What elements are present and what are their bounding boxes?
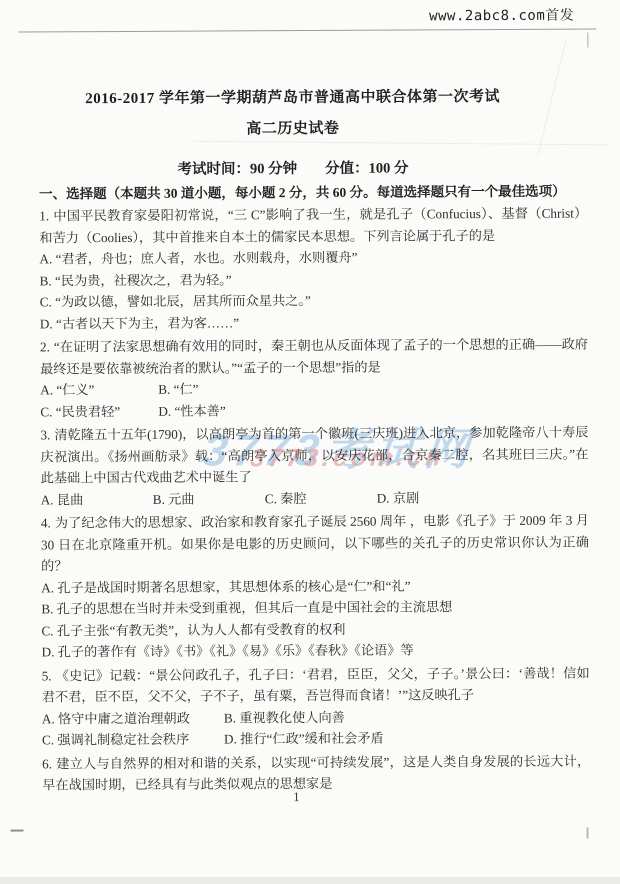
question-stem: 5.《史记》记载：“景公问政孔子，孔子曰：‘君君，臣臣，父父，子子。’景公曰：‘…	[42, 662, 590, 708]
question-number: 1.	[39, 208, 49, 223]
question-number: 4.	[41, 515, 51, 530]
question-1: 1.中国平民教育家晏阳初常说，“三 C”影响了我一生，就是孔子（Confuciu…	[39, 203, 588, 335]
option: B. 元曲	[153, 488, 265, 510]
question-text: 清乾隆五十五年(1790)，以高朗亭为首的第一个徽班(三庆班)进入北京，参加乾隆…	[40, 425, 588, 486]
option: B. “仁”	[158, 379, 198, 401]
header-rule	[18, 28, 596, 32]
exam-meta: 考试时间：90 分钟分值：100 分	[0, 156, 587, 180]
option-row: B. “民为贵，社稷次之，君为轻。”	[40, 267, 588, 291]
question-text: 中国平民教育家晏阳初常说，“三 C”影响了我一生，就是孔子（Confucius）…	[39, 206, 587, 245]
exam-title: 2016-2017 学年第一学期葫芦岛市普通高中联合体第一次考试	[0, 85, 587, 109]
option-row: A. 恪守中庸之道治理朝政B. 重视教化使人向善	[42, 705, 590, 729]
question-number: 6.	[42, 756, 52, 771]
option: A. 昆曲	[41, 488, 153, 510]
option: C. “为政以德，譬如北辰，居其所而众星共之。”	[40, 290, 311, 313]
scan-edge-shadow	[0, 877, 620, 884]
option: C. “民贵君轻”	[40, 400, 132, 422]
option: A. “仁义”	[40, 379, 132, 401]
scan-crease	[194, 141, 609, 146]
source-site-label: www.2abc8.com首发	[429, 5, 574, 26]
option: A. 恪守中庸之道治理朝政	[42, 707, 210, 729]
option: A. 孔子是战国时期著名思想家，其思想体系的核心是“仁”和“礼”	[41, 575, 410, 598]
exam-subtitle: 高二历史试卷	[0, 116, 587, 140]
question-3: 3.清乾隆五十五年(1790)，以高朗亭为首的第一个徽班(三庆班)进入北京，参加…	[40, 422, 588, 511]
question-text: 《史记》记载：“景公问政孔子，孔子曰：‘君君，臣臣，父父，子子。’景公曰：‘善哉…	[42, 665, 590, 704]
question-stem: 4.为了纪念伟大的思想家、政治家和教育家孔子诞辰 2560 周年 ，电影《孔子》…	[41, 510, 589, 577]
option: B. “民为贵，社稷次之，君为轻。”	[40, 269, 232, 292]
exam-duration: 考试时间：90 分钟	[177, 161, 297, 178]
option: C. 强调礼制稳定社会秩序	[42, 729, 210, 751]
exam-score: 分值：100 分	[325, 160, 408, 176]
scan-tick-top-right	[587, 33, 588, 48]
question-5: 5.《史记》记载：“景公问政孔子，孔子曰：‘君君，臣臣，父父，子子。’景公曰：‘…	[42, 662, 590, 751]
option: D. 孔子的著作有《诗》《书》《礼》《易》《乐》《春秋》《论语》等	[42, 639, 414, 662]
question-stem: 6.建立人与自然界的相对和谐的关系，以实现“可持续发展”，这是人类自身发展的长远…	[42, 750, 590, 796]
option: A. “君者，舟也；庶人者，水也。水则载舟，水则覆舟”	[39, 247, 357, 270]
option: B. 重视教化使人向善	[224, 706, 345, 728]
option: D. 京剧	[377, 487, 420, 509]
question-text: “在证明了法家思想确有效用的同时，秦王朝也从反面体现了孟子的一个思想的正确——政…	[40, 337, 588, 376]
scan-tick-bottom-right	[586, 828, 588, 839]
question-text: 建立人与自然界的相对和谐的关系，以实现“可持续发展”，这是人类自身发展的长远大计…	[42, 753, 590, 792]
option-row: A. 昆曲B. 元曲C. 秦腔D. 京剧	[41, 486, 589, 510]
option-row: C. 强调礼制稳定社会秩序D. 推行“仁政”缓和社会矛盾	[42, 727, 590, 751]
option-row: A. 孔子是战国时期著名思想家，其思想体系的核心是“仁”和“礼”	[41, 574, 589, 598]
question-list: 1.中国平民教育家晏阳初常说，“三 C”影响了我一生，就是孔子（Confuciu…	[39, 203, 590, 798]
question-stem: 1.中国平民教育家晏阳初常说，“三 C”影响了我一生，就是孔子（Confuciu…	[39, 203, 587, 249]
option: D. 推行“仁政”缓和社会矛盾	[224, 728, 384, 750]
scanned-exam-sheet: www.2abc8.com首发 2016-2017 学年第一学期葫芦岛市普通高中…	[0, 0, 620, 884]
option-row: A. “君者，舟也；庶人者，水也。水则载舟，水则覆舟”	[39, 246, 587, 270]
question-2: 2.“在证明了法家思想确有效用的同时，秦王朝也从反面体现了孟子的一个思想的正确—…	[40, 334, 588, 423]
scan-mark-bottom-left	[10, 830, 23, 832]
option-row: C. 孔子主张“有教无类”，认为人人都有受教育的权利	[41, 617, 589, 641]
question-stem: 3.清乾隆五十五年(1790)，以高朗亭为首的第一个徽班(三庆班)进入北京，参加…	[40, 422, 588, 489]
option-row: B. 孔子的思想在当时并未受到重视，但其后一直是中国社会的主流思想	[41, 596, 589, 620]
option-row: A. “仁义”B. “仁”	[40, 377, 588, 401]
question-6: 6.建立人与自然界的相对和谐的关系，以实现“可持续发展”，这是人类自身发展的长远…	[42, 750, 590, 796]
question-number: 2.	[40, 339, 50, 354]
option-row: C. “民贵君轻”D. “性本善”	[40, 398, 588, 422]
option-row: C. “为政以德，譬如北辰，居其所而众星共之。”	[40, 289, 588, 313]
option: D. “古者以天下为主，君为客……”	[40, 312, 239, 335]
option: C. 孔子主张“有教无类”，认为人人都有受教育的权利	[41, 618, 345, 641]
option: B. 孔子的思想在当时并未受到重视，但其后一直是中国社会的主流思想	[41, 596, 452, 620]
question-stem: 2.“在证明了法家思想确有效用的同时，秦王朝也从反面体现了孟子的一个思想的正确—…	[40, 334, 588, 380]
option: D. “性本善”	[158, 400, 226, 422]
question-number: 5.	[42, 668, 52, 683]
question-text: 为了纪念伟大的思想家、政治家和教育家孔子诞辰 2560 周年 ，电影《孔子》于 …	[41, 513, 589, 574]
option-row: D. 孔子的著作有《诗》《书》《礼》《易》《乐》《春秋》《论语》等	[42, 639, 590, 663]
section-heading: 一、选择题（本题共 30 道小题，每小题 2 分，共 60 分。每道选择题只有一…	[39, 180, 587, 203]
option-row: D. “古者以天下为主，君为客……”	[40, 310, 588, 334]
question-number: 3.	[40, 427, 50, 442]
option: C. 秦腔	[265, 487, 377, 509]
question-4: 4.为了纪念伟大的思想家、政治家和教育家孔子诞辰 2560 周年 ，电影《孔子》…	[41, 510, 590, 663]
